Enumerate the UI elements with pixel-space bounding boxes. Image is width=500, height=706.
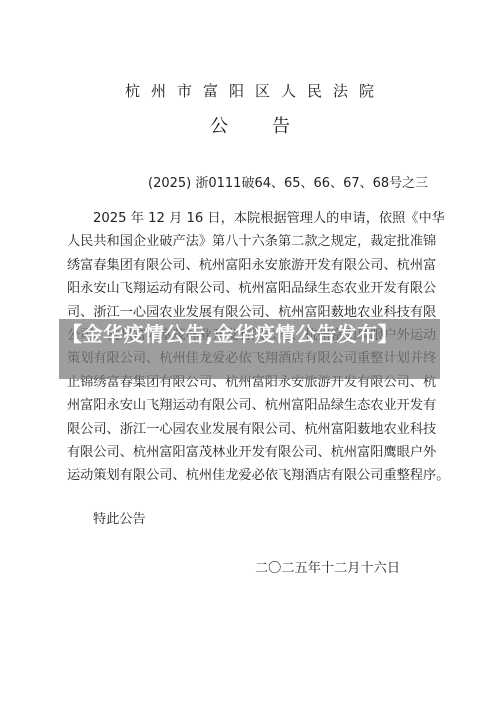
notice-title: 公告 xyxy=(0,112,500,138)
body-line: 运动策划有限公司、杭州佳龙爱必依飞翔酒店有限公司重整程序。 xyxy=(67,464,457,487)
closing-remark: 特此公告 xyxy=(93,508,146,527)
headline-overlay-title: 【金华疫情公告,金华疫情公告发布】 xyxy=(62,321,442,347)
body-line: 2025 年 12 月 16 日，本院根据管理人的申请，依照《中华 xyxy=(67,207,457,230)
body-line: 绣富春集团有限公司、杭州富阳永安旅游开发有限公司、杭州富 xyxy=(67,254,457,277)
court-name: 杭州市富阳区人民法院 xyxy=(0,80,500,101)
body-line: 人民共和国企业破产法》第八十六条第二款之规定，裁定批准锦 xyxy=(67,230,457,253)
notice-page: 杭州市富阳区人民法院 公告 (2025) 浙0111破64、65、66、67、6… xyxy=(0,0,500,706)
case-number: (2025) 浙0111破64、65、66、67、68号之三 xyxy=(148,172,428,191)
body-line: 州富阳永安山飞翔运动有限公司、杭州富阳品绿生态农业开发有 xyxy=(67,394,457,417)
signature-date: 二〇二五年十二月十六日 xyxy=(255,557,400,576)
body-line: 限公司、浙江一心园农业发展有限公司、杭州富阳薮地农业科技 xyxy=(67,418,457,441)
body-line: 有限公司、杭州富阳富茂林业开发有限公司、杭州富阳鹰眼户外 xyxy=(67,441,457,464)
body-line: 阳永安山飞翔运动有限公司、杭州富阳品绿生态农业开发有限公 xyxy=(67,277,457,300)
